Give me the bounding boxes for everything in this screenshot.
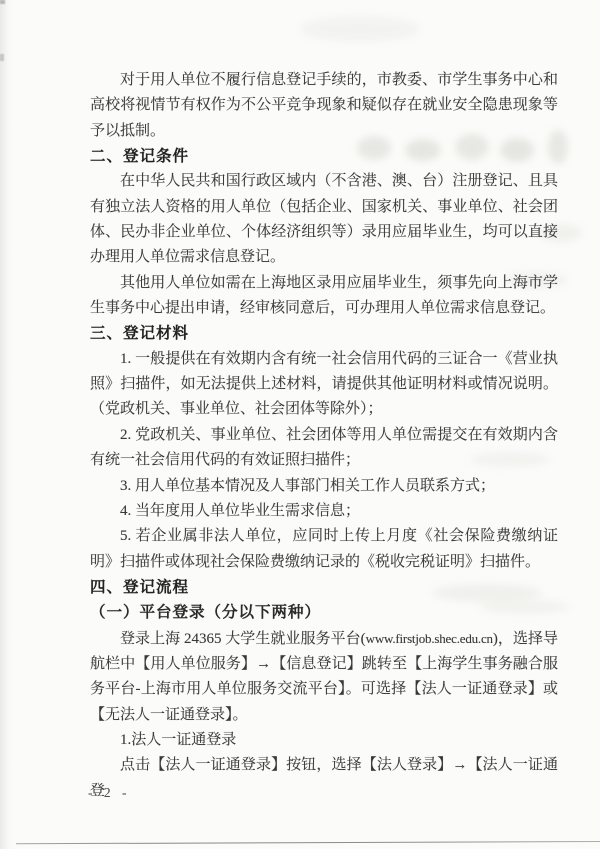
page-number: - 2 - [88, 785, 131, 801]
subsection-heading-1: （一）平台登录（分以下两种） [90, 600, 558, 625]
doc-list-item-3: 3. 用人单位基本情况及人事部门相关工作人员联系方式； [90, 474, 558, 499]
scan-speck [0, 54, 4, 61]
scanned-document-page: 对于用人单位不履行信息登记手续的，市教委、市学生事务中心和高校将视情节有权作为不… [0, 0, 600, 849]
section-heading-2: 二、登记条件 [90, 144, 558, 169]
scan-edge-shading [0, 0, 14, 849]
platform-url: www.firstjob.shec.edu.cn [366, 631, 493, 646]
doc-paragraph: 其他用人单位如需在上海地区录用应届毕业生，须事先向上海市学生事务中心提出申请，经… [90, 271, 558, 322]
doc-paragraph: 登录上海 24365 大学生就业服务平台(www.firstjob.shec.e… [90, 626, 558, 728]
document-text: 对于用人单位不履行信息登记手续的，市教委、市学生事务中心和高校将视情节有权作为不… [90, 68, 558, 804]
scan-smudge [300, 16, 420, 42]
section-heading-3: 三、登记材料 [90, 321, 558, 346]
section-heading-4: 四、登记流程 [90, 575, 558, 600]
doc-paragraph: 点击【法人一证通登录】按钮，选择【法人登录】→【法人一证通登 [90, 753, 558, 804]
doc-list-item-1: 1. 一般提供在有效期内含有统一社会信用代码的三证合一《营业执照》扫描件，如无法… [90, 347, 558, 423]
doc-list-item-4: 4. 当年度用人单位毕业生需求信息； [90, 499, 558, 524]
doc-subitem-heading: 1.法人一证通登录 [90, 728, 558, 753]
doc-list-item-5: 5. 若企业属非法人单位，应同时上传上月度《社会保险费缴纳证明》扫描件或体现社会… [90, 524, 558, 575]
paragraph-text: 登录上海 24365 大学生就业服务平台( [120, 631, 366, 647]
doc-list-item-2: 2. 党政机关、事业单位、社会团体等用人单位需提交在有效期内含有统一社会信用代码… [90, 423, 558, 474]
scan-edge-line [16, 841, 600, 845]
doc-paragraph: 对于用人单位不履行信息登记手续的，市教委、市学生事务中心和高校将视情节有权作为不… [90, 68, 558, 144]
scan-speck [0, 0, 5, 4]
doc-paragraph: 在中华人民共和国行政区域内（不含港、澳、台）注册登记、且具有独立法人资格的用人单… [90, 169, 558, 270]
